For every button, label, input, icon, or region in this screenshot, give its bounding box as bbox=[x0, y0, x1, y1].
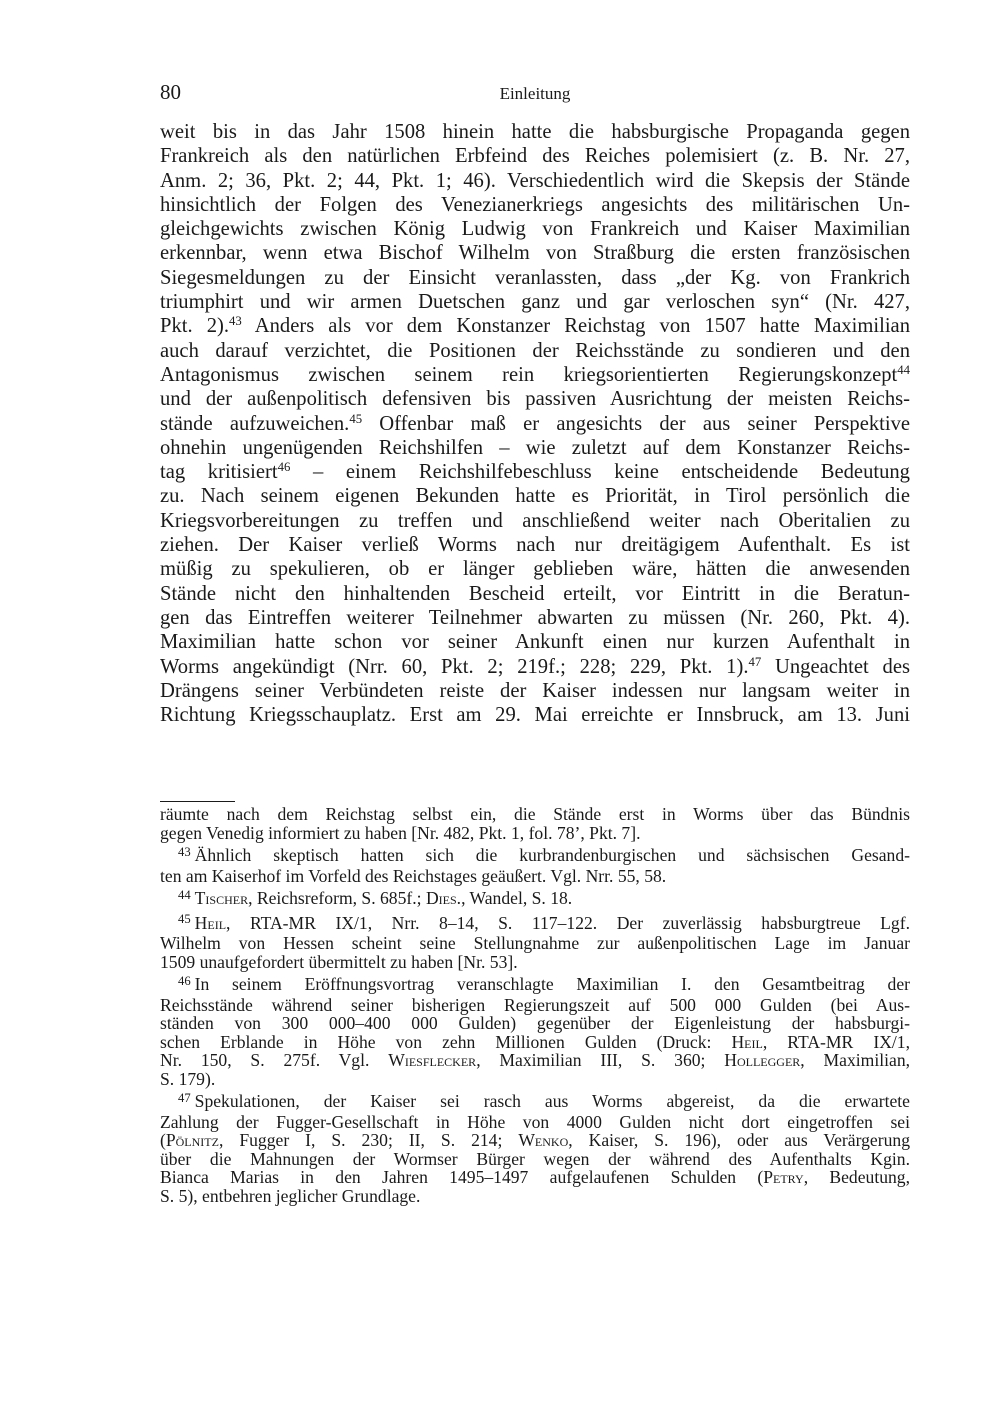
body-line: stände aufzuweichen.45 Offenbar maß er a… bbox=[160, 412, 910, 436]
footnote-reference[interactable]: 46 bbox=[278, 460, 291, 474]
body-line: gen das Eintreffen weiterer Teilnehmer a… bbox=[160, 606, 910, 630]
author-name: Heil bbox=[731, 1032, 762, 1052]
footnote-44: 44Tischer, Reichsreform, S. 685f.; Dies.… bbox=[160, 889, 910, 910]
body-line: ziehen. Der Kaiser verließ Worms nach nu… bbox=[160, 533, 910, 557]
footnote-number: 47 bbox=[178, 1091, 191, 1105]
body-line: Richtung Kriegsschauplatz. Erst am 29. M… bbox=[160, 703, 910, 727]
running-head: Einleitung bbox=[160, 84, 910, 104]
body-line: Pkt. 2).43 Anders als vor dem Konstanzer… bbox=[160, 314, 910, 338]
body-line: Stände nicht den hinhaltenden Bescheid e… bbox=[160, 582, 910, 606]
author-name: Pölnitz bbox=[166, 1130, 219, 1150]
author-name: Hollegger bbox=[724, 1050, 800, 1070]
body-text: weit bis in das Jahr 1508 hinein hatte d… bbox=[160, 120, 910, 727]
footnote-number: 44 bbox=[178, 888, 191, 902]
body-line: weit bis in das Jahr 1508 hinein hatte d… bbox=[160, 120, 910, 144]
footnote-47: 47Spekulationen, der Kaiser sei rasch au… bbox=[160, 1092, 910, 1205]
author-name: Heil bbox=[195, 913, 226, 933]
body-line: auch darauf verzichtet, die Positionen d… bbox=[160, 339, 910, 363]
body-line: müßig zu spekulieren, ob er länger gebli… bbox=[160, 557, 910, 581]
author-name: Wiesflecker bbox=[388, 1050, 476, 1070]
footnote-reference[interactable]: 45 bbox=[349, 412, 362, 426]
footnote-number: 45 bbox=[178, 912, 191, 926]
body-line: Antagonismus zwischen seinem rein kriegs… bbox=[160, 363, 910, 387]
author-name: Petry bbox=[763, 1167, 803, 1187]
footnote-reference[interactable]: 47 bbox=[748, 655, 761, 669]
footnote-number: 46 bbox=[178, 974, 191, 988]
body-line: Drängens seiner Verbündeten reiste der K… bbox=[160, 679, 910, 703]
footnote-46: 46In seinem Eröffnungsvortrag veranschla… bbox=[160, 975, 910, 1088]
body-line: und der außenpolitisch defensiven bis pa… bbox=[160, 387, 910, 411]
body-line: tag kritisiert46 – einem Reichshilfebesc… bbox=[160, 460, 910, 484]
body-line: triumphirt und wir armen Duetschen ganz … bbox=[160, 290, 910, 314]
page-header: 80 Einleitung bbox=[160, 80, 910, 108]
footnote-reference[interactable]: 44 bbox=[897, 363, 910, 377]
body-line: zu. Nach seinem eigenen Bekunden hatte e… bbox=[160, 484, 910, 508]
body-line: Kriegsvorbereitungen zu treffen und ansc… bbox=[160, 509, 910, 533]
author-name: Wenko bbox=[518, 1130, 568, 1150]
footnote-number: 43 bbox=[178, 845, 191, 859]
body-line: Maximilian hatte schon vor seiner Ankunf… bbox=[160, 630, 910, 654]
body-line: ohnehin ungenügenden Reichshilfen – wie … bbox=[160, 436, 910, 460]
body-line: Siegesmeldungen zu der Einsicht veranlas… bbox=[160, 266, 910, 290]
footnote-continuation: räumte nach dem Reichstag selbst ein, di… bbox=[160, 805, 910, 842]
footnote-45: 45Heil, RTA-MR IX/1, Nrr. 8–14, S. 117–1… bbox=[160, 914, 910, 972]
body-line: Frankreich als den natürlichen Erbfeind … bbox=[160, 144, 910, 168]
body-line: Worms angekündigt (Nrr. 60, Pkt. 2; 219f… bbox=[160, 655, 910, 679]
body-line: erkennbar, wenn etwa Bischof Wilhelm von… bbox=[160, 241, 910, 265]
footnotes: räumte nach dem Reichstag selbst ein, di… bbox=[160, 805, 910, 1205]
author-name: Dies. bbox=[426, 888, 461, 908]
footnote-separator bbox=[160, 801, 235, 802]
body-line: Anm. 2; 36, Pkt. 2; 44, Pkt. 1; 46). Ver… bbox=[160, 169, 910, 193]
footnote-reference[interactable]: 43 bbox=[229, 314, 242, 328]
body-line: hinsichtlich der Folgen des Venezianerkr… bbox=[160, 193, 910, 217]
body-line: gleichgewichts zwischen König Ludwig von… bbox=[160, 217, 910, 241]
footnote-43: 43Ähnlich skeptisch hatten sich die kurb… bbox=[160, 846, 910, 885]
author-name: Tischer bbox=[195, 888, 248, 908]
